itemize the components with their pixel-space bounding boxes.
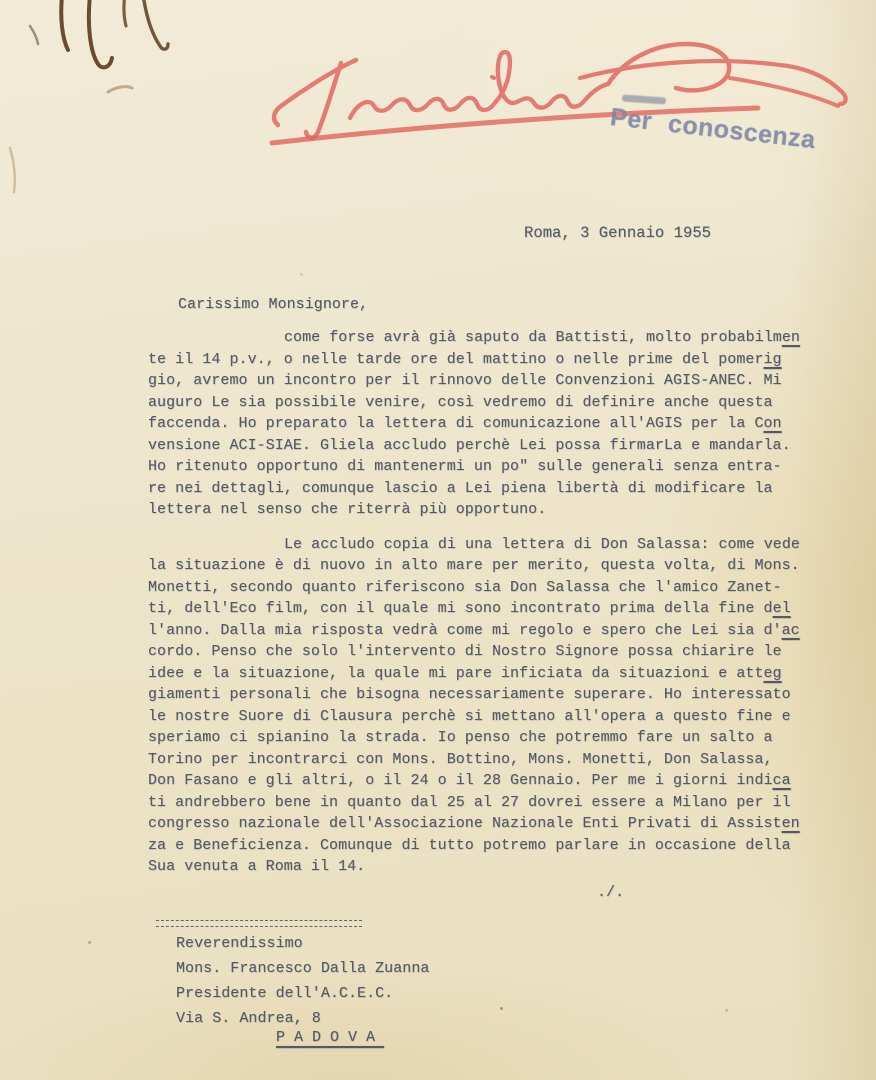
letter-line: la situazione è di nuovo in alto mare pe…: [148, 555, 800, 577]
letter-line: idee e la situazione, la quale mi pare i…: [148, 663, 800, 685]
letter-line: ti andrebbero bene in quanto dal 25 al 2…: [148, 792, 800, 814]
letter-line: le nostre Suore di Clausura perchè si me…: [148, 706, 800, 728]
per-conoscenza-stamp: Per conoscenza: [609, 103, 817, 155]
paper-speck: [88, 941, 91, 944]
recipient-block-lines: ReverendissimoMons. Francesco Dalla Zuan…: [176, 931, 429, 1031]
letter-line: congresso nazionale dell'Associazione Na…: [148, 813, 800, 835]
paper-speck: [500, 1007, 503, 1010]
letter-line: l'anno. Dalla mia risposta vedrà come mi…: [148, 620, 800, 642]
letter-line: Torino per incontrarci con Mons. Bottino…: [148, 749, 800, 771]
letter-line: ti, dell'Eco film, con il quale mi sono …: [148, 598, 800, 620]
letter-line: come forse avrà già saputo da Battisti, …: [148, 327, 800, 349]
recipient-separator-line: [156, 920, 362, 927]
date-line: Roma, 3 Gennaio 1955: [524, 224, 711, 242]
letter-line: Ho ritenuto opportuno di mantenermi un p…: [148, 456, 800, 478]
letter-line: Sua venuta a Roma il 14.: [148, 856, 800, 878]
paragraph: Le accludo copia di una lettera di Don S…: [148, 534, 800, 878]
letter-line: re nei dettagli, comunque lascio a Lei p…: [148, 478, 800, 500]
recipient-line: Via S. Andrea, 8: [176, 1006, 429, 1031]
recipient-line: Reverendissimo: [176, 931, 429, 956]
letter-line: speriamo ci spianino la strada. Io penso…: [148, 727, 800, 749]
letter-line: vensione ACI-SIAE. Gliela accludo perchè…: [148, 435, 800, 457]
letter-line: giamenti personali che bisogna necessari…: [148, 684, 800, 706]
letter-line: Le accludo copia di una lettera di Don S…: [148, 534, 800, 556]
letter-line: auguro Le sia possibile venire, così ved…: [148, 392, 800, 414]
letter-line: za e Beneficienza. Comunque di tutto pot…: [148, 835, 800, 857]
letter-line: lettera nel senso che riterrà più opport…: [148, 499, 800, 521]
continuation-mark: ./.: [597, 884, 624, 901]
salutation: Carissimo Monsignore,: [178, 296, 368, 313]
recipient-line: Mons. Francesco Dalla Zuanna: [176, 956, 429, 981]
recipient-city: PADOVA: [276, 1029, 384, 1046]
letter-line: Don Fasano e gli altri, o il 24 o il 28 …: [148, 770, 800, 792]
paragraph: come forse avrà già saputo da Battisti, …: [148, 327, 800, 521]
letter-line: cordo. Penso che solo l'intervento di No…: [148, 641, 800, 663]
letter-line: te il 14 p.v., o nelle tarde ore del mat…: [148, 349, 800, 371]
paper-speck: [300, 273, 303, 276]
stamp-smudge: [622, 94, 666, 104]
recipient-line: Presidente dell'A.C.E.C.: [176, 981, 429, 1006]
letter-page: Per conoscenza Roma, 3 Gennaio 1955 Cari…: [0, 0, 876, 1080]
letter-line: gio, avremo un incontro per il rinnovo d…: [148, 370, 800, 392]
letter-line: faccenda. Ho preparato la lettera di com…: [148, 413, 800, 435]
paper-speck: [725, 1009, 728, 1012]
letter-body: come forse avrà già saputo da Battisti, …: [148, 327, 800, 878]
letter-line: Monetti, secondo quanto riferiscono sia …: [148, 577, 800, 599]
